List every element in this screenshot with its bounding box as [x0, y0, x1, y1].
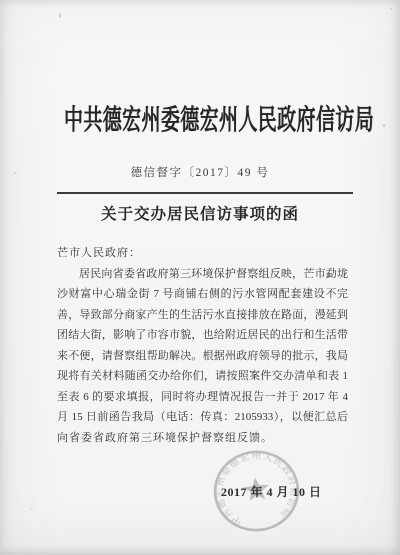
body-line: 沙财富中心瑞金街 7 号商铺右侧的污水管网配套建设不完 — [57, 284, 348, 305]
scan-speck — [383, 124, 385, 127]
body-line: 向省委省政府第三环境保护督察组反馈。 — [57, 428, 348, 449]
scan-speck — [390, 8, 392, 10]
scan-speck — [59, 13, 61, 18]
scan-speck — [30, 508, 33, 510]
letter-subject-title: 关于交办居民信访事项的函 — [0, 202, 400, 224]
body-line: 居民向省委省政府第三环境保护督察组反映，芒市勐垅 — [57, 264, 348, 285]
body-line: 团结大街，影响了市容市貌，也给附近居民的出行和生活带 — [57, 325, 348, 346]
letter-salutation: 芒市人民政府： — [57, 243, 348, 264]
letter-date: 2017 年 4 月 10 日 — [221, 483, 322, 500]
body-line: 现将有关材料随函交办给你们，请按照案件交办清单和表 1 — [57, 366, 348, 387]
scanned-letter-page: 中共德宏州委德宏州人民政府信访局 德信督字〔2017〕49 号 关于交办居民信访… — [0, 0, 400, 555]
body-line: 来不便，请督察组帮助解决。根据州政府领导的批示，我局 — [57, 346, 348, 367]
body-line: 至表 6 的要求填报，同时将办理情况报告一并于 2017 年 4 — [57, 387, 348, 408]
letter-body: 芒市人民政府： 居民向省委省政府第三环境保护督察组反映，芒市勐垅 沙财富中心瑞金… — [57, 243, 348, 448]
letterhead-divider — [57, 192, 353, 194]
document-number: 德信督字〔2017〕49 号 — [0, 164, 400, 180]
letterhead-org-title: 中共德宏州委德宏州人民政府信访局 — [64, 104, 336, 138]
body-line: 月 15 日前函告我局（电话：传真：2105933），以便汇总后 — [57, 407, 348, 428]
body-line: 善，导致部分商家产生的生活污水直接排放在路面，漫延到 — [57, 305, 348, 326]
